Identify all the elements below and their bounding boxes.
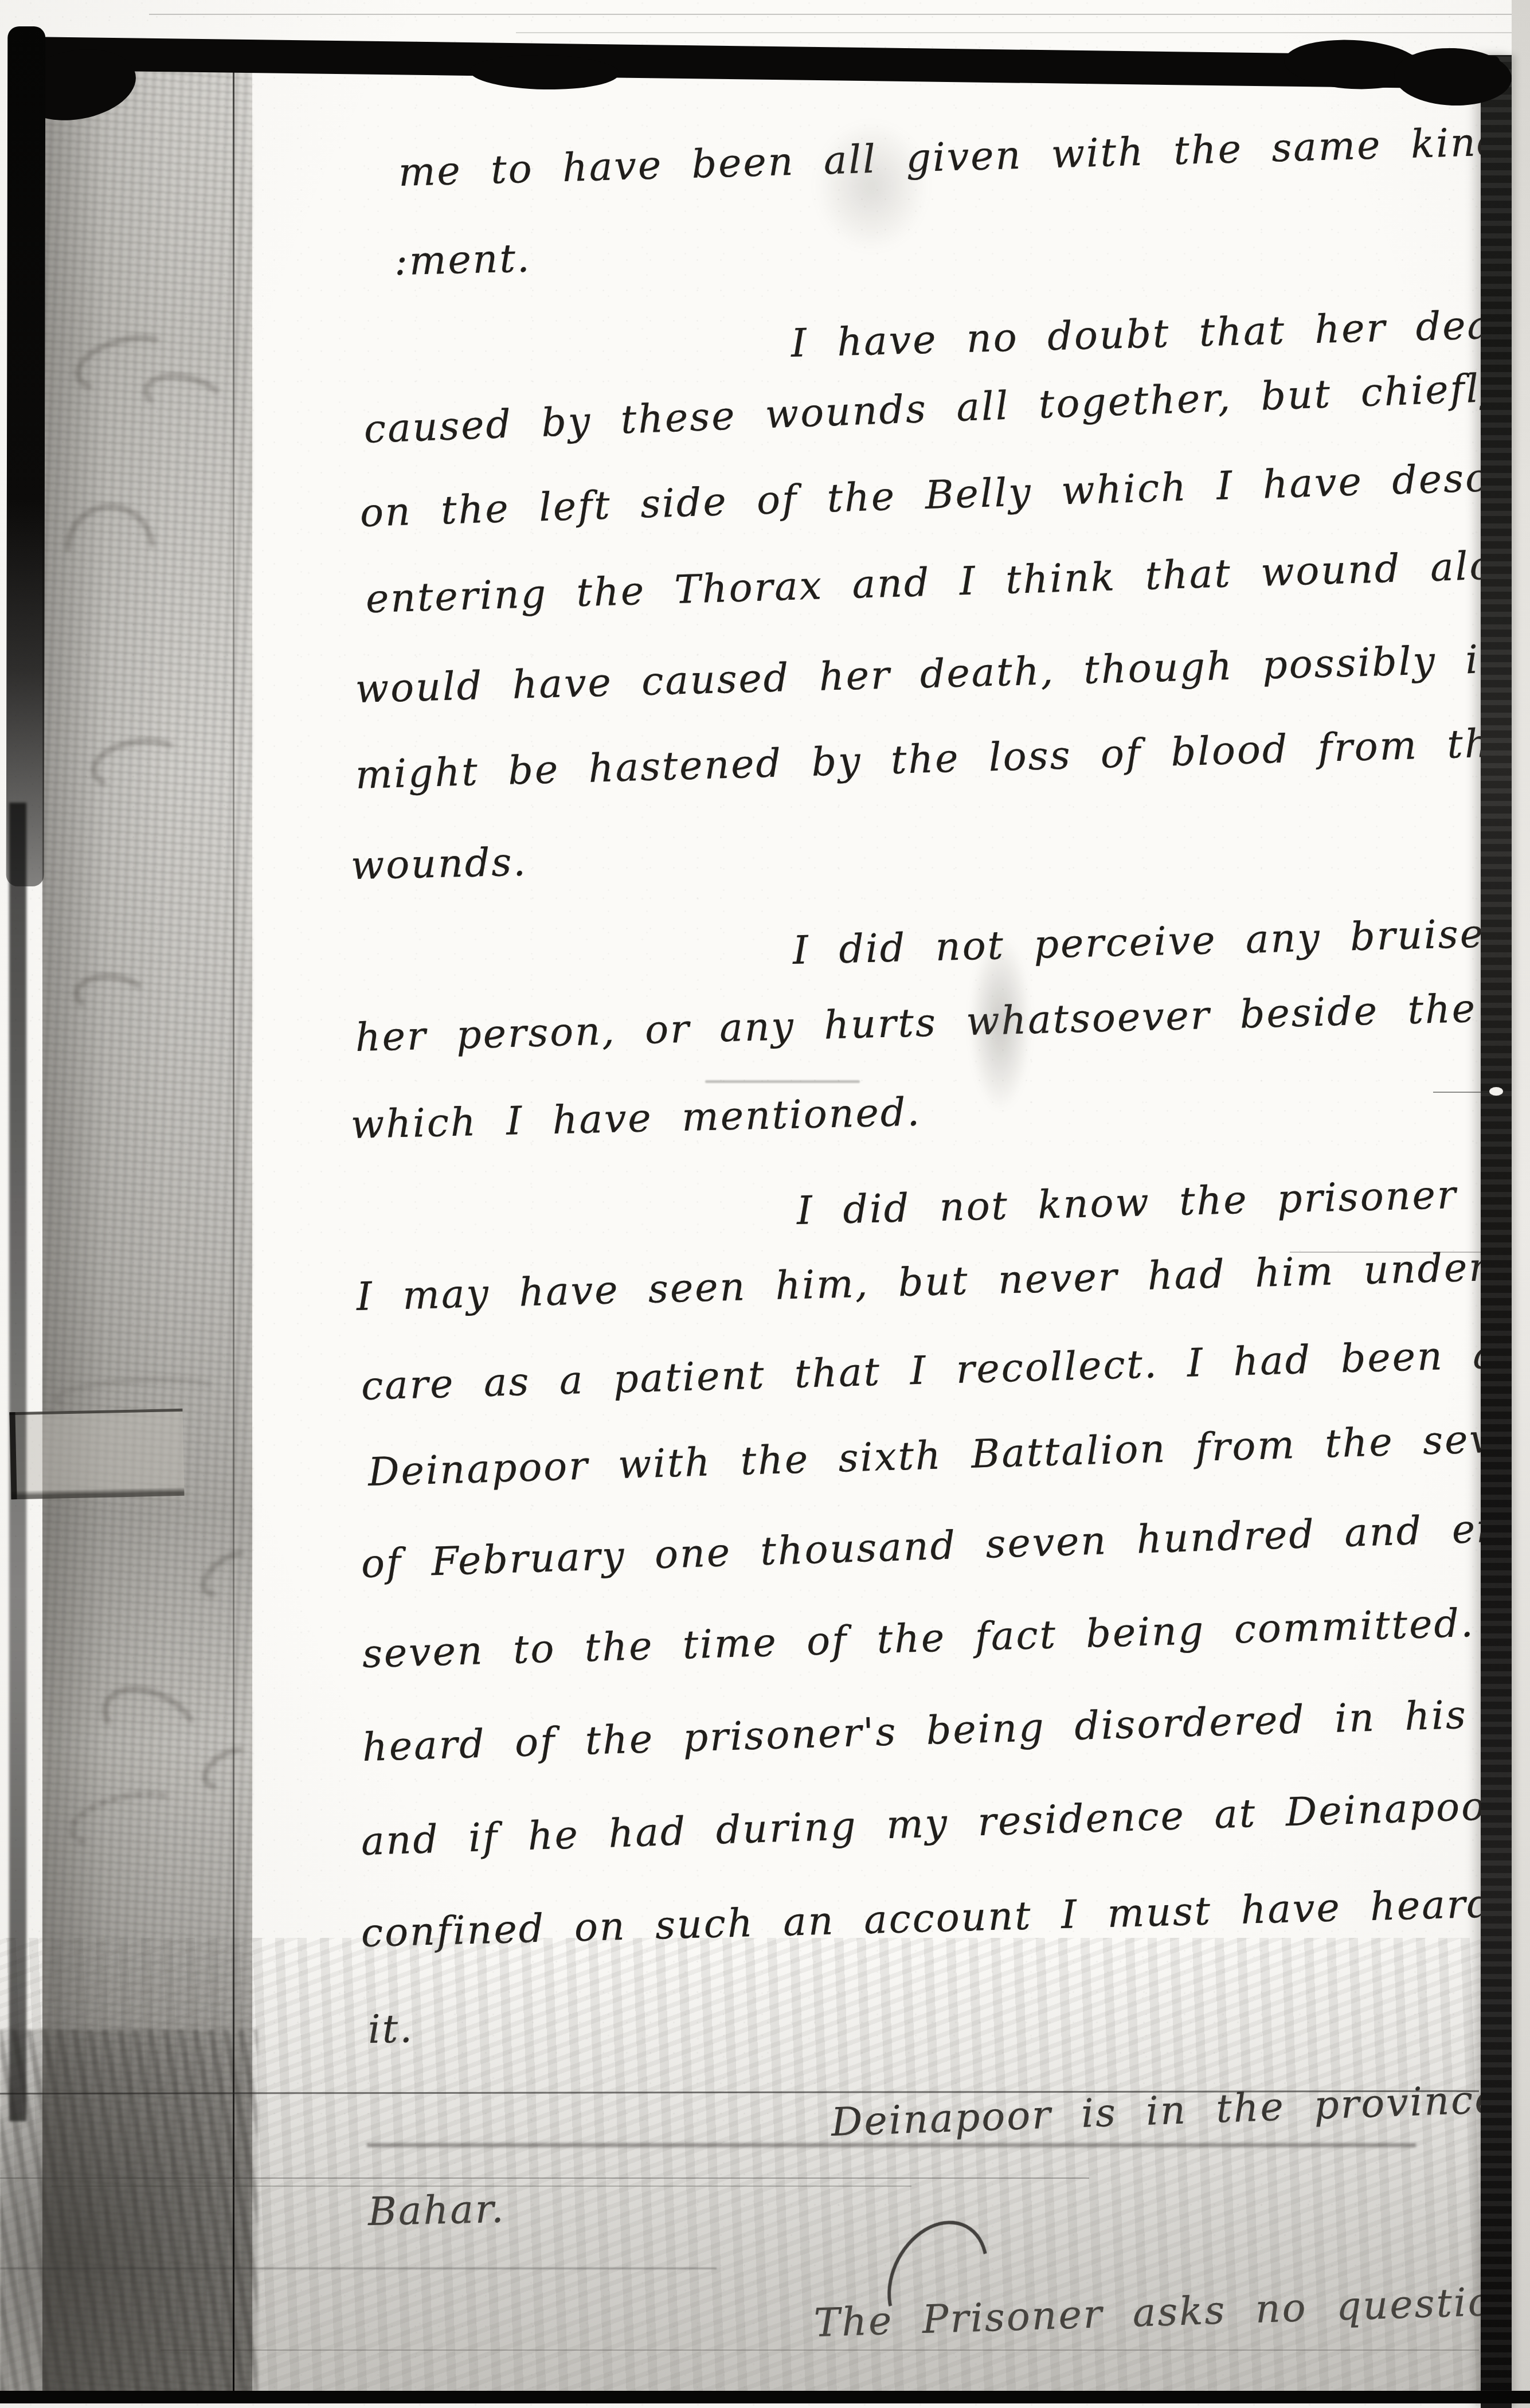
manuscript-line: I have no doubt that her death w — [791, 300, 1530, 366]
scan-line — [149, 14, 1513, 15]
binding-shadow-bar — [1481, 55, 1512, 2408]
manuscript-line: wounds. — [350, 840, 527, 889]
scratch-line — [0, 2268, 717, 2269]
smudge-mark — [705, 1080, 860, 1083]
manuscript-line: me to have been all given with the same … — [398, 115, 1530, 196]
scratch-line — [52, 2186, 911, 2187]
manuscript-page: me to have been all given with the same … — [0, 0, 1530, 2408]
manuscript-line: which I have mentioned. — [350, 1089, 922, 1148]
scratch-line — [161, 2350, 1479, 2351]
manuscript-line: I may have seen him, but never had him u… — [356, 1245, 1490, 1320]
manuscript-line: seven to the time of the fact being comm… — [362, 1597, 1530, 1677]
manuscript-line: and if he had during my residence at Dei… — [361, 1781, 1530, 1864]
manuscript-line: :ment. — [394, 236, 531, 284]
manuscript-line: might be hastened by the loss of blood f… — [355, 718, 1530, 798]
manuscript-line: Deinapoor with the sixth Battalion from … — [367, 1416, 1519, 1495]
manuscript-line: would have caused her death, though poss… — [355, 637, 1498, 712]
manuscript-line: I did not perceive any bruises — [792, 911, 1507, 974]
manuscript-line: heard of the prisoner's being disordered… — [362, 1688, 1530, 1770]
bottom-left-grime — [0, 2030, 258, 2397]
manuscript-line: her person, or any hurts whatsoever besi… — [355, 982, 1530, 1061]
scan-line — [1433, 1092, 1496, 1093]
smudge-mark — [814, 120, 929, 252]
smudge-mark — [969, 935, 1032, 1112]
manuscript-line: caused by these wounds all together, but… — [363, 361, 1530, 452]
scratch-line — [0, 2178, 1089, 2179]
manuscript-line: care as a patient that I recollect. I ha… — [361, 1332, 1516, 1409]
fold-crease-line — [233, 50, 234, 2393]
manuscript-line: on the left side of the Belly which I ha… — [359, 452, 1530, 536]
scratch-line — [367, 2143, 1416, 2147]
spine-white-speck — [1489, 1087, 1503, 1096]
right-page-edge — [1512, 0, 1530, 2408]
scan-line — [516, 32, 1530, 33]
manuscript-line: of February one thousand seven hundred a… — [361, 1504, 1530, 1587]
bottom-scan-edge — [0, 2391, 1530, 2403]
manuscript-line: entering the Thorax and I think that wou… — [365, 542, 1522, 622]
left-scan-edge — [6, 26, 46, 886]
margin-repair-patch — [9, 1409, 184, 1499]
manuscript-line: I did not know the prisoner befor — [796, 1169, 1530, 1234]
left-scan-edge-lower — [9, 803, 26, 2121]
